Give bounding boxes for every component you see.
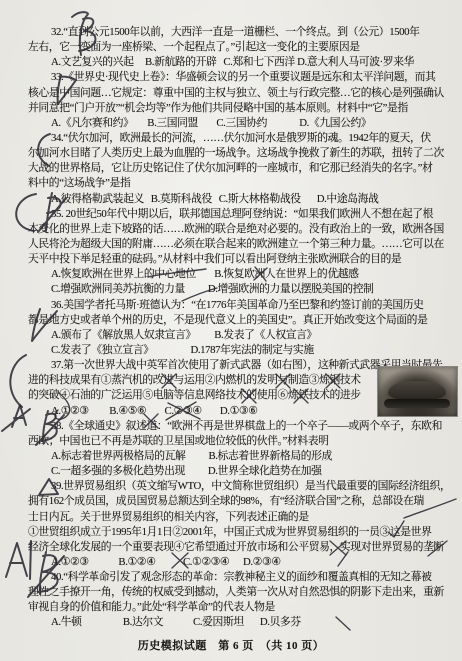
q32-stem-2: 左右，它一变面为一座桥梁、一个起程点了。”引起这一变化的主要原因是 [28, 40, 456, 55]
q38-stem-2: 西欧；中国也已不再是苏联的卫星国或地位较低的伙伴。”材料表明 [28, 434, 456, 449]
q40-stem-3: 审视自身的价值和能力。”此处“科学革命”的代表人物是 [28, 600, 456, 615]
q33-stem-2: 核心是中国问题…它规定：尊重中国的主权与独立、领土与行政完整…它的核心是列强确认 [28, 86, 456, 101]
q39-stem-1: 39.世界贸易组织（英文缩写WTO，中文简称世贸组织）是当代最重要的国际经济组织… [28, 479, 456, 494]
tank-body-silhouette [388, 381, 446, 401]
q35-options-1: A.恢复欧洲在世界上的中心地位 B.恢复欧洲人在世界上的优越感 [28, 267, 456, 282]
q38-options-1: A.标志着世界两极格局的瓦解 B.标志着世界新格局的形成 [28, 449, 456, 464]
q40-stem-2: 理性之手撩开一角，传统的权威受到撼动，人类第一次从对自然恐惧的阴影下走出来，重新 [28, 585, 456, 600]
q40-stem-1: 40.“科学革命引发了观念形态的革命：宗教神秘主义的面纱和覆盖真相的无知之幕被 [28, 570, 456, 585]
q32-options: A.文艺复兴的兴起 B.新航路的开辟 C.郑和七下西洋 D.意大利人马可波·罗来… [28, 55, 456, 70]
q34-stem-2: 尔加河水目睹了人类历史上最为血腥的一场战争。这场战争挽救了新生的苏联，扭转了二次 [28, 146, 456, 161]
q35-options-2: C.增强欧洲同美苏抗衡的力量 D.增强欧洲的力量以摆脱美国的控制 [28, 282, 456, 297]
q34-stem-3: 大战的世界格局，它让历史铭记住了伏尔加河畔的一座城市，和它那已经消失的名字。”材 [28, 161, 456, 176]
question-37-tank-photo [377, 366, 458, 417]
exam-scan-page: 32.“直到公元1500年以前，大西洋一直是一道栅栏、一个终点。到（公元）150… [0, 0, 462, 661]
q35-stem-4: 天平中投下举足轻重的砝码。”从材料中我们可以看出阿登纳主张欧洲联合的目的是 [28, 252, 456, 267]
q34-stem-1: 34.“伏尔加河，欧洲最长的河流，……伏尔加河水是俄罗斯的魂。1942年的夏天，… [28, 131, 456, 146]
q39-stem-4: ①世贸组织成立于1995年1月1日②2001年，中国正式成为世界贸易组织的一员③… [28, 525, 456, 540]
q38-options-2: C.一超多强的多极化趋势出现 D.世界全球化趋势在加强 [28, 464, 456, 479]
q34-stem-4: 料中的“这场战争”是指 [28, 176, 456, 191]
exam-text: 32.“直到公元1500年以前，大西洋一直是一道栅栏、一个终点。到（公元）150… [28, 25, 456, 631]
q39-stem-3: 士日内瓦。关于世界贸易组织的相关内容，下列表述正确的是 [28, 510, 456, 525]
q36-stem-1: 36.美国学者托马斯·班德认为：“在1776年美国革命乃至巴黎和约签订前的美国历… [28, 298, 456, 313]
q36-options-1: A.颁布了《解放黑人奴隶宣言》 B.发表了《人权宣言》 [28, 328, 456, 343]
q39-stem-2: 拥有162个成员国，成员国贸易总额达到全球的98%，有“经济联合国”之称，总部设… [28, 494, 456, 509]
q38-stem-1: 38.《全球通史》叙述道：“欧洲不再是世界棋盘上的一个卒子——或两个卒子，东欧和 [28, 419, 456, 434]
q39-stem-5: 经济全球化发展的一个重要表现④它希望通过开放市场和公平贸易，实现对世界贸易的垄断 [28, 540, 456, 555]
q35-stem-3: 人民将沦为超级大国的附庸……必须在联合起来的欧洲建立一个第三种力量。……它可以在 [28, 237, 456, 252]
q33-stem-3: 并同意把“门户开放”“机会均等”作为他们共同侵略中国的基本原则。材料中“它”是指 [28, 101, 456, 116]
q35-stem-1: 35. 20世纪50年代中期以后，联邦德国总理阿登纳说：“如果我们欧洲人不想在起… [28, 207, 456, 222]
page-footer: 历史模拟试题 第 6 页 （共 10 页） [0, 637, 462, 653]
tank-track-silhouette [384, 399, 450, 408]
q36-stem-2: 都是地方史或者单个州的历史，不是现代意义上的美国史”。真正开始改变这个局面的是 [28, 313, 456, 328]
q39-options: A.①②③ B.①②④ C.①②③④ D.②③④ [28, 555, 456, 570]
q40-options: A.牛顿 B.达尔文 C.爱因斯坦 D.贝多芬 [28, 615, 456, 630]
q33-stem-1: 33.《世界史·现代史上卷》：华盛顿会议的另一个重要议题是远东和太平洋问题，而其 [28, 70, 456, 85]
q36-options-2: C.发表了《独立宣言》 D.1787年宪法的制定与实施 [28, 343, 456, 358]
q34-options: A.彼得格勒武装起义 B.莫斯科战役 C.斯大林格勒战役 D.中途岛海战 [28, 192, 456, 207]
q32-stem-1: 32.“直到公元1500年以前，大西洋一直是一道栅栏、一个终点。到（公元）150… [28, 25, 456, 40]
q35-stem-2: 本变化的世界上走下坡路的话……欧洲的联合是绝对必要的。没有政治上的一致，欧洲各国 [28, 222, 456, 237]
q33-options: A.《凡尔赛和约》 B.三国同盟 C.三国协约 D.《九国公约》 [28, 116, 456, 131]
q37-margin-mark-C [10, 355, 26, 407]
q38-margin-mark-A [2, 405, 30, 431]
